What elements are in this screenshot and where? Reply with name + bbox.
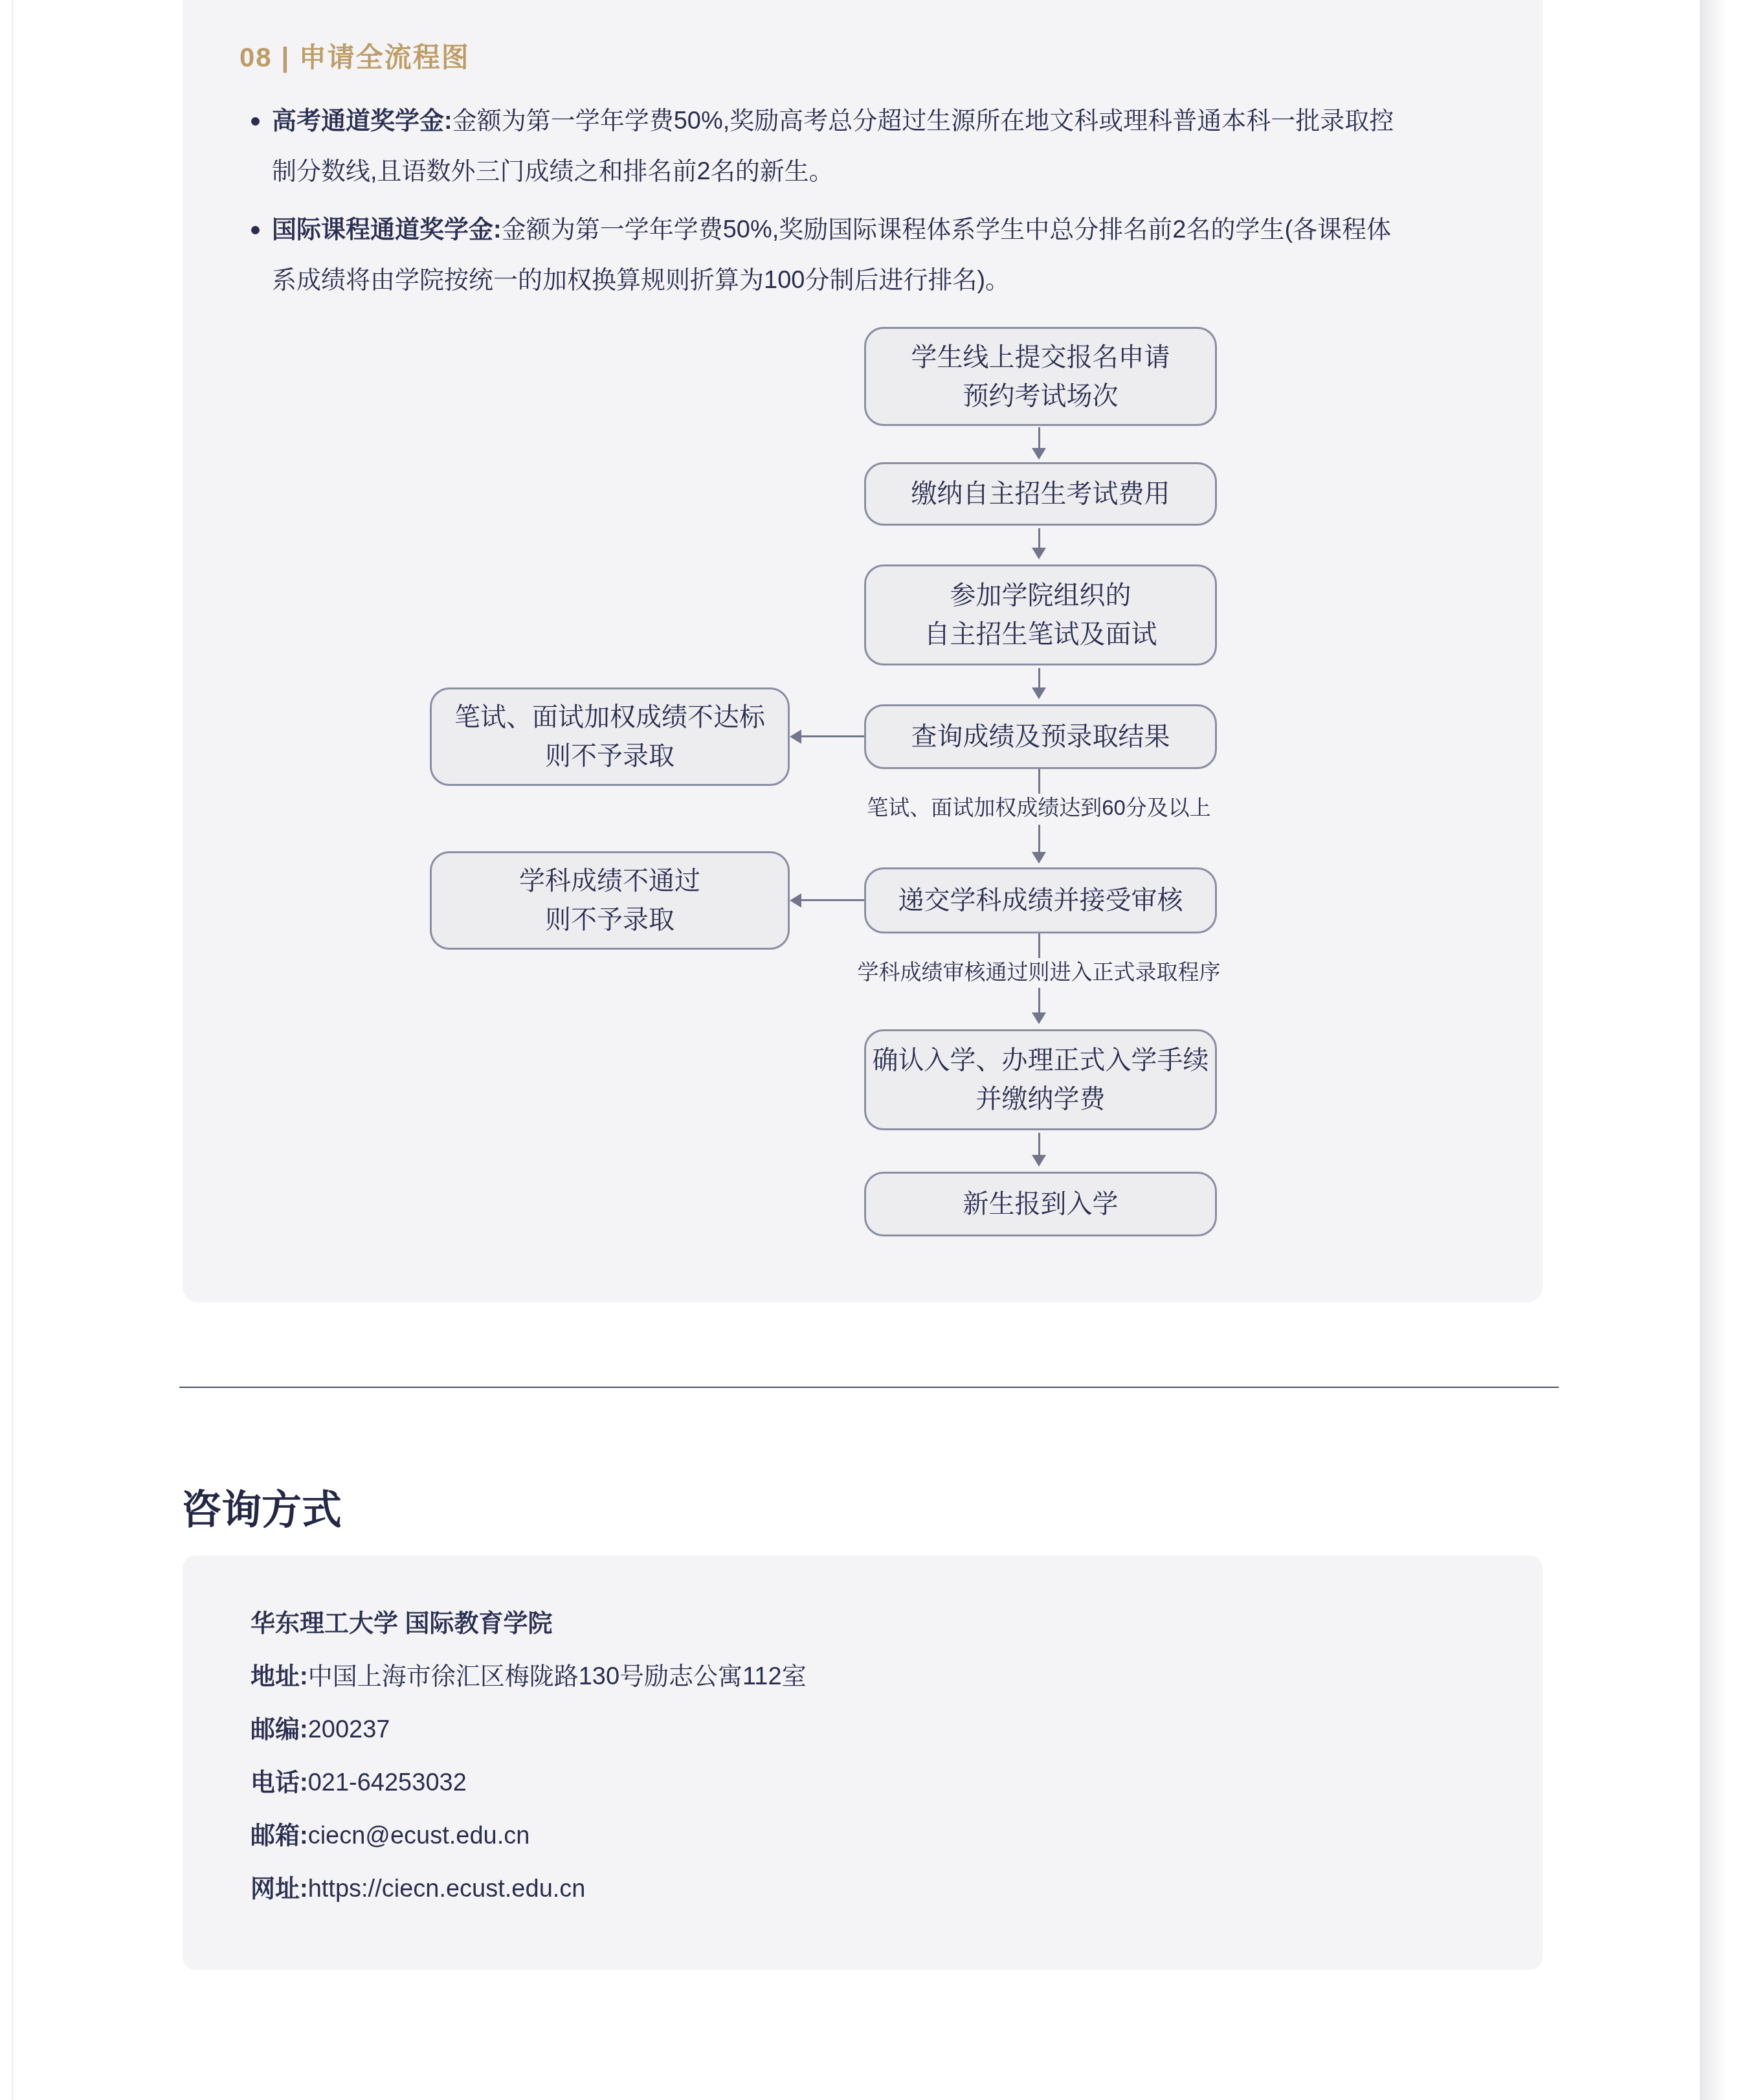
- flow-step-submit-application: 学生线上提交报名申请预约考试场次: [864, 327, 1217, 426]
- flow-edge-label-pass-60: 笔试、面试加权成绩达到60分及以上: [715, 795, 1363, 821]
- contact-row-postcode: 邮编:200237: [251, 1717, 1543, 1742]
- contact-label: 网址:: [251, 1875, 308, 1903]
- page: 08 | 申请全流程图 高考通道奖学金:金额为第一学年学费50%,奖励高考总分超…: [0, 0, 1738, 2100]
- arrowhead-down-icon: [1032, 1155, 1046, 1167]
- scholarship-bullet-gaokao: 高考通道奖学金:金额为第一学年学费50%,奖励高考总分超过生源所在地文科或理科普…: [251, 96, 1502, 197]
- contact-row-email: 邮箱:ciecn@ecust.edu.cn: [251, 1824, 1543, 1848]
- contact-row-phone: 电话:021-64253032: [251, 1770, 1543, 1795]
- contact-value: ciecn@ecust.edu.cn: [308, 1822, 530, 1849]
- flow-step-registration: 新生报到入学: [864, 1172, 1217, 1236]
- bullet-dot-icon: [251, 117, 260, 126]
- flow-arrow-down: [1038, 988, 1040, 1014]
- flow-arrow-down: [1038, 825, 1040, 853]
- arrowhead-down-icon: [1032, 687, 1046, 699]
- section-divider: [179, 1387, 1559, 1388]
- contact-heading: 咨询方式: [181, 1478, 342, 1536]
- section-heading: 08 | 申请全流程图: [240, 36, 470, 75]
- arrowhead-down-icon: [1032, 548, 1046, 559]
- flow-step-submit-subject-scores: 递交学科成绩并接受审核: [864, 867, 1217, 933]
- contact-label: 电话:: [251, 1769, 308, 1796]
- flow-arrow-down: [1038, 427, 1040, 449]
- bullet-line1: 金额为第一学年学费50%,奖励高考总分超过生源所在地文科或理科普通本科一批录取控: [452, 107, 1394, 135]
- bullet-line2: 系成绩将由学院按统一的加权换算规则折算为100分制后进行排名)。: [272, 255, 1502, 306]
- arrowhead-down-icon: [1032, 1012, 1046, 1024]
- contact-value: 200237: [308, 1716, 390, 1743]
- flow-arrow-left: [801, 735, 864, 737]
- bullet-text: 国际课程通道奖学金:金额为第一学年学费50%,奖励国际课程体系学生中总分排名前2…: [272, 205, 1502, 306]
- bullet-dot-icon: [251, 226, 260, 234]
- arrowhead-left-icon: [790, 730, 801, 744]
- flow-arrow-left: [801, 899, 864, 901]
- contact-value: https://ciecn.ecust.edu.cn: [308, 1875, 586, 1903]
- flow-arrow-down: [1038, 1133, 1040, 1156]
- contact-label: 邮箱:: [251, 1822, 308, 1849]
- page-edge-shadow: [1700, 0, 1727, 2100]
- contact-value: 021-64253032: [308, 1769, 467, 1796]
- arrowhead-down-icon: [1032, 852, 1046, 864]
- arrowhead-down-icon: [1032, 448, 1046, 460]
- flow-step-take-exam: 参加学院组织的自主招生笔试及面试: [864, 564, 1217, 665]
- flow-branch-exam-fail: 笔试、面试加权成绩不达标则不予录取: [430, 687, 790, 786]
- flow-connector-line: [1038, 769, 1040, 794]
- bullet-bold-label: 高考通道奖学金:: [272, 107, 452, 135]
- bullet-line1: 金额为第一学年学费50%,奖励国际课程体系学生中总分排名前2名的学生(各课程体: [502, 216, 1391, 243]
- flow-edge-label-subject-pass: 学科成绩审核通过则进入正式录取程序: [715, 959, 1363, 985]
- flow-step-check-results: 查询成绩及预录取结果: [864, 704, 1217, 769]
- contact-card: 华东理工大学 国际教育学院 地址:中国上海市徐汇区梅陇路130号励志公寓112室…: [183, 1556, 1543, 1970]
- flow-branch-subject-fail: 学科成绩不通过则不予录取: [430, 851, 790, 950]
- bullet-line2: 制分数线,且语数外三门成绩之和排名前2名的新生。: [272, 146, 1502, 197]
- arrowhead-left-icon: [790, 893, 801, 908]
- contact-row-website: 网址:https://ciecn.ecust.edu.cn: [251, 1877, 1543, 1901]
- contact-row-address: 地址:中国上海市徐汇区梅陇路130号励志公寓112室: [251, 1664, 1543, 1689]
- flow-arrow-down: [1038, 668, 1040, 689]
- bullet-bold-label: 国际课程通道奖学金:: [272, 216, 502, 243]
- contact-label: 地址:: [251, 1663, 308, 1690]
- flow-connector-line: [1038, 933, 1040, 958]
- contact-label: 邮编:: [251, 1716, 308, 1743]
- flow-step-pay-exam-fee: 缴纳自主招生考试费用: [864, 462, 1217, 526]
- contact-organization: 华东理工大学 国际教育学院: [251, 1611, 1543, 1636]
- flow-step-confirm-enrollment: 确认入学、办理正式入学手续并缴纳学费: [864, 1029, 1217, 1130]
- contact-value: 中国上海市徐汇区梅陇路130号励志公寓112室: [308, 1663, 807, 1690]
- page-edge-line: [12, 0, 13, 2100]
- bullet-text: 高考通道奖学金:金额为第一学年学费50%,奖励高考总分超过生源所在地文科或理科普…: [272, 96, 1502, 197]
- scholarship-bullet-international: 国际课程通道奖学金:金额为第一学年学费50%,奖励国际课程体系学生中总分排名前2…: [251, 205, 1502, 306]
- flow-arrow-down: [1038, 528, 1040, 549]
